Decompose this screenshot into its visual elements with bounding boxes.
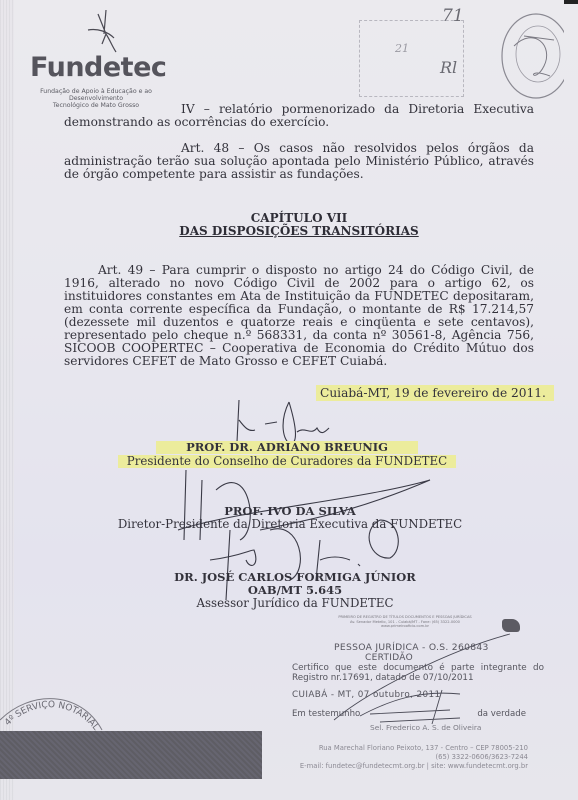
signature-block-director-president: PROF. IVO DA SILVA Diretor-Presidente da…: [106, 505, 474, 531]
handwritten-page-number: 71: [442, 6, 464, 26]
notary-city-date: CUIABÁ - MT, 07 outubro, 2011: [292, 690, 441, 700]
signatory-role: Presidente do Conselho de Curadores da F…: [118, 455, 456, 468]
letterhead-footer: Rua Marechal Floriano Peixoto, 137 - Cen…: [296, 744, 528, 771]
signatory-name: PROF. DR. ADRIANO BREUNIG: [156, 441, 418, 454]
scan-corner-artifact: [564, 0, 578, 4]
bottom-stamp-text: 4º SERVIÇO NOTARIAL: [3, 700, 101, 732]
signature-block-president-council: PROF. DR. ADRIANO BREUNIG Presidente do …: [118, 436, 456, 468]
notary-signer-name: Sel. Frederico A. S. de Oliveira: [370, 723, 481, 732]
footer-phone: (65) 3322-0606/3623-7244: [296, 753, 528, 762]
notary-witness-prefix: Em testemunho: [292, 709, 360, 719]
notary-certificate-title: CERTIDÃO: [365, 653, 413, 663]
logo-subtitle-line1: Fundação de Apoio à Educação e ao Desenv…: [16, 88, 176, 102]
signature-block-legal-advisor: DR. JOSÉ CARLOS FORMIGA JÚNIOR OAB/MT 5.…: [150, 571, 440, 610]
item-iv-paragraph: IV – relatório pormenorizado da Diretori…: [64, 103, 534, 129]
notary-certificate-text: Certifico que este documento é parte int…: [292, 663, 544, 683]
notary-header-line: www.primeirooficio.com.br: [290, 624, 520, 629]
protocol-box-number: 21: [395, 42, 409, 55]
signatory-role: Diretor-Presidente da Diretoria Executiv…: [106, 518, 474, 531]
signatory-role: Assessor Jurídico da FUNDETEC: [150, 597, 440, 610]
chapter-heading: CAPÍTULO VII DAS DISPOSIÇÕES TRANSITÓRIA…: [64, 212, 534, 238]
notary-witness-line: Em testemunho da verdade: [292, 709, 526, 719]
handwritten-initials: Rl: [440, 58, 457, 77]
article-48-paragraph: Art. 48 – Os casos não resolvidos pelos …: [64, 142, 534, 181]
notary-witness-suffix: da verdade: [477, 709, 526, 719]
chapter-subtitle: DAS DISPOSIÇÕES TRANSITÓRIAS: [64, 225, 534, 238]
notary-logo-icon: [502, 619, 520, 632]
footer-address: Rua Marechal Floriano Peixoto, 137 - Cen…: [296, 744, 528, 753]
notary-entity-line: PESSOA JURÍDICA - O.S. 260843: [334, 642, 489, 653]
logo-star-icon: [78, 8, 138, 56]
article-49-paragraph: Art. 49 – Para cumprir o disposto no art…: [64, 264, 534, 368]
footer-contact: E-mail: fundetec@fundetecmt.org.br | sit…: [296, 762, 528, 771]
scanned-document-page: Fundetec Fundação de Apoio à Educação e …: [0, 0, 578, 800]
notary-header: PRIMEIRO DE REGISTRO DE TÍTULOS DOCUMENT…: [290, 615, 520, 629]
redaction-bar: [0, 731, 262, 779]
logo-wordmark: Fundetec: [30, 52, 166, 83]
svg-text:4º SERVIÇO NOTARIAL: 4º SERVIÇO NOTARIAL: [3, 700, 101, 732]
round-notary-stamp-icon: [494, 6, 564, 106]
date-line: Cuiabá-MT, 19 de fevereiro de 2011.: [316, 385, 554, 401]
